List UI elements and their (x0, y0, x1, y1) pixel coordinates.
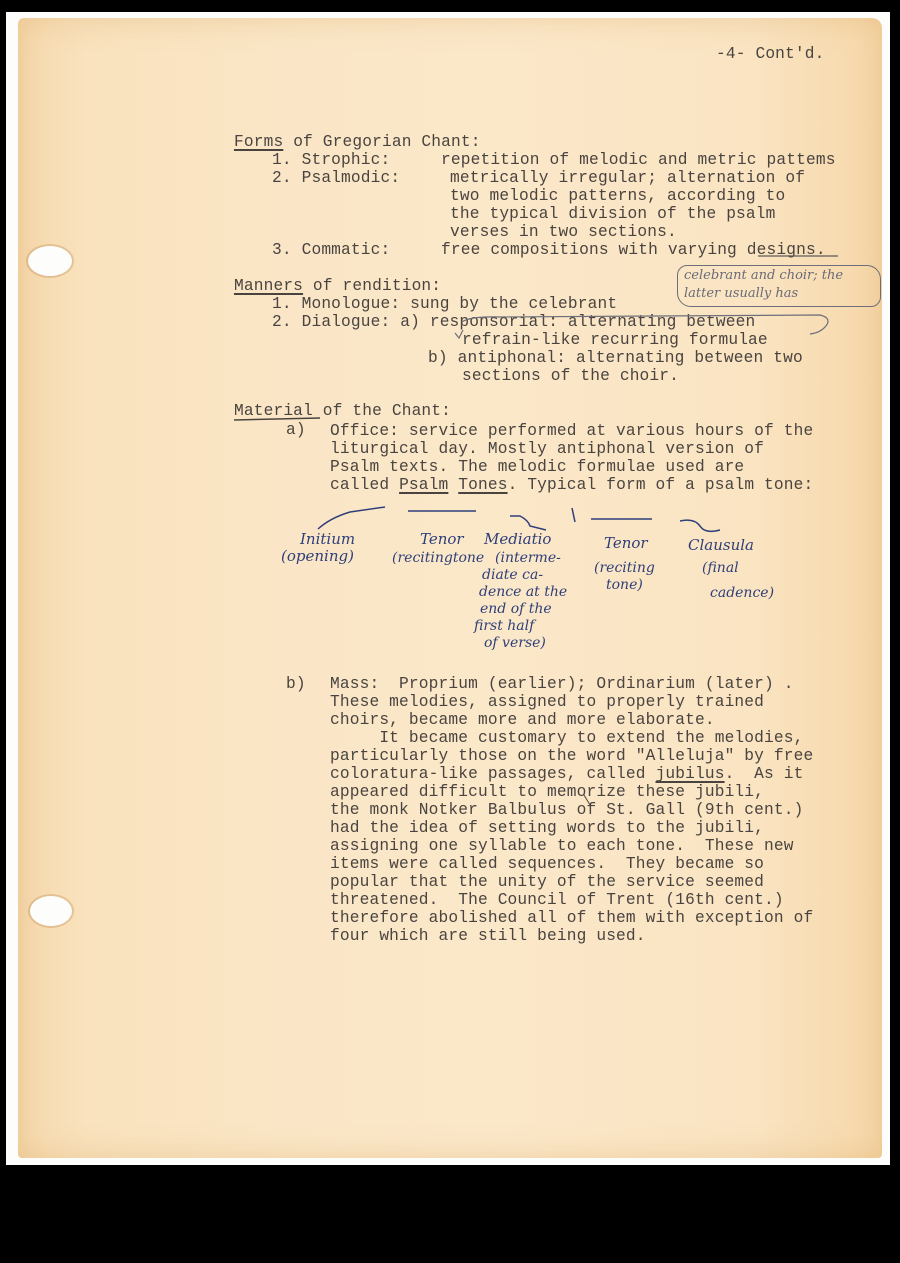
mass-line-7: appeared difficult to memorize these jub… (330, 783, 764, 801)
mass-line-12: popular that the unity of the service se… (330, 873, 764, 891)
tone-tenor1-gloss: (recitingtone (392, 550, 484, 567)
mass-line-2: These melodies, assigned to properly tra… (330, 693, 764, 711)
tone-clausula-name: Clausula (688, 537, 754, 554)
mass-line-4: It became customary to extend the melodi… (330, 729, 803, 747)
office-marker: a) (286, 421, 306, 439)
mass-line-3: choirs, became more and more elaborate. (330, 711, 715, 729)
mass-line-13: threatened. The Council of Trent (16th c… (330, 891, 784, 909)
tone-mediatio-gloss-1: (interme- (495, 550, 561, 567)
tone-tenor2-name: Tenor (604, 535, 648, 552)
tone-mediatio-gloss-4: end of the (480, 601, 552, 618)
tone-mediatio-gloss-5: first half (474, 618, 534, 635)
material-heading-underlined: Material (234, 402, 313, 420)
mass-marker: b) (286, 675, 306, 693)
annotation-strokes (0, 0, 900, 1263)
tone-initium-name: Initium (300, 531, 355, 548)
office-line-4: called Psalm Tones. Typical form of a ps… (330, 476, 813, 494)
office-line-2: liturgical day. Mostly antiphonal versio… (330, 440, 764, 458)
term-jubilus: jubilus (656, 765, 725, 783)
tone-clausula-gloss-1: (final (702, 560, 739, 577)
tone-mediatio-name: Mediatio (484, 531, 551, 548)
material-heading: Material of the Chant: (234, 402, 451, 420)
tone-clausula-gloss-2: cadence) (710, 585, 774, 602)
mass-line-1: Mass: Proprium (earlier); Ordinarium (la… (330, 675, 794, 693)
mass-line-6: coloratura-like passages, called jubilus… (330, 765, 804, 783)
tone-mediatio-gloss-6: of verse) (484, 635, 546, 652)
term-tones: Tones (458, 476, 507, 494)
mass-line-14: therefore abolished all of them with exc… (330, 909, 813, 927)
mass-line-8: the monk Notker Balbulus of St. Gall (9t… (330, 801, 803, 819)
mass-line-10: assigning one syllable to each tone. The… (330, 837, 794, 855)
tone-tenor2-gloss-2: tone) (606, 577, 643, 594)
tone-initium-gloss: (opening) (281, 548, 354, 565)
tone-tenor1-name: Tenor (420, 531, 464, 548)
tone-tenor2-gloss-1: (reciting (594, 560, 655, 577)
office-line-3: Psalm texts. The melodic formulae used a… (330, 458, 744, 476)
office-line-1: Office: service performed at various hou… (330, 422, 813, 440)
term-psalm: Psalm (399, 476, 448, 494)
mass-line-11: items were called sequences. They became… (330, 855, 764, 873)
mass-line-15: four which are still being used. (330, 927, 646, 945)
tone-mediatio-gloss-3: dence at the (479, 584, 567, 601)
mass-line-5: particularly those on the word "Alleluja… (330, 747, 813, 765)
tone-mediatio-gloss-2: diate ca- (482, 567, 543, 584)
mass-line-9: had the idea of setting words to the jub… (330, 819, 764, 837)
